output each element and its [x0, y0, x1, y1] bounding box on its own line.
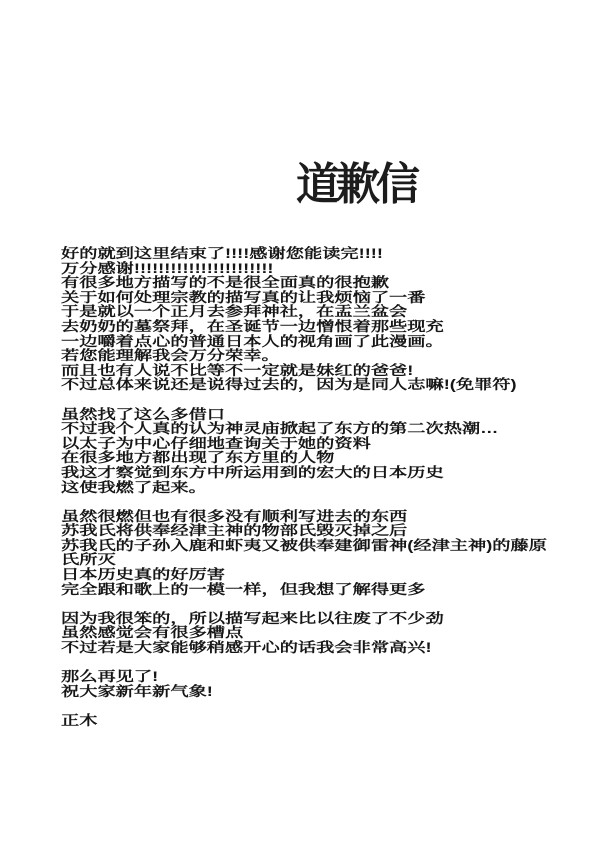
- letter-line: 苏我氏将供奉经津主神的物部氏毁灭掉之后: [61, 524, 606, 539]
- letter-line: 一边嚼着点心的普通日本人的视角画了此漫画。: [61, 335, 606, 350]
- letter-line: 那么再见了!: [61, 670, 606, 685]
- blank-line: [61, 495, 606, 510]
- letter-line: 虽然感觉会有很多槽点: [61, 626, 606, 641]
- letter-line: 不过若是大家能够稍感开心的话我会非常高兴!: [61, 641, 606, 656]
- letter-line: 氏所灭: [61, 553, 606, 568]
- letter-line: 我这才察觉到东方中所运用到的宏大的日本历史: [61, 466, 606, 481]
- letter-line: 在很多地方都出现了东方里的人物: [61, 451, 606, 466]
- letter-line: 不过我个人真的认为神灵庙掀起了东方的第二次热潮…: [61, 422, 606, 437]
- blank-line: [61, 393, 606, 408]
- letter-line: 若您能理解我会万分荣幸。: [61, 349, 606, 364]
- letter-line: 不过总体来说还是说得过去的，因为是同人志嘛!(免罪符): [61, 378, 606, 393]
- letter-line: 有很多地方描写的不是很全面真的很抱歉: [61, 276, 606, 291]
- letter-line: 苏我氏的子孙入鹿和虾夷又被供奉建御雷神(经津主神)的藤原: [61, 539, 606, 554]
- page-title: 道歉信: [296, 161, 416, 209]
- letter-line: 这使我燃了起来。: [61, 481, 606, 496]
- letter-line: 去奶奶的墓祭拜，在圣诞节一边憎恨着那些现充: [61, 320, 606, 335]
- blank-line: [61, 597, 606, 612]
- letter-line: 祝大家新年新气象!: [61, 685, 606, 700]
- letter-line: 虽然找了这么多借口: [61, 408, 606, 423]
- signature: 正木: [61, 714, 606, 729]
- letter-line: 日本历史真的好厉害: [61, 568, 606, 583]
- letter-line: 万分感谢!!!!!!!!!!!!!!!!!!!!!!!: [61, 262, 606, 277]
- letter-line: 完全跟和歌上的一模一样，但我想了解得更多: [61, 583, 606, 598]
- letter-page: 道歉信 好的就到这里结束了!!!!感谢您能读完!!!!万分感谢!!!!!!!!!…: [0, 0, 606, 864]
- letter-body: 好的就到这里结束了!!!!感谢您能读完!!!!万分感谢!!!!!!!!!!!!!…: [61, 247, 606, 729]
- letter-lines: 好的就到这里结束了!!!!感谢您能读完!!!!万分感谢!!!!!!!!!!!!!…: [61, 247, 606, 699]
- letter-line: 好的就到这里结束了!!!!感谢您能读完!!!!: [61, 247, 606, 262]
- letter-line: 于是就以一个正月去参拜神社，在盂兰盆会: [61, 305, 606, 320]
